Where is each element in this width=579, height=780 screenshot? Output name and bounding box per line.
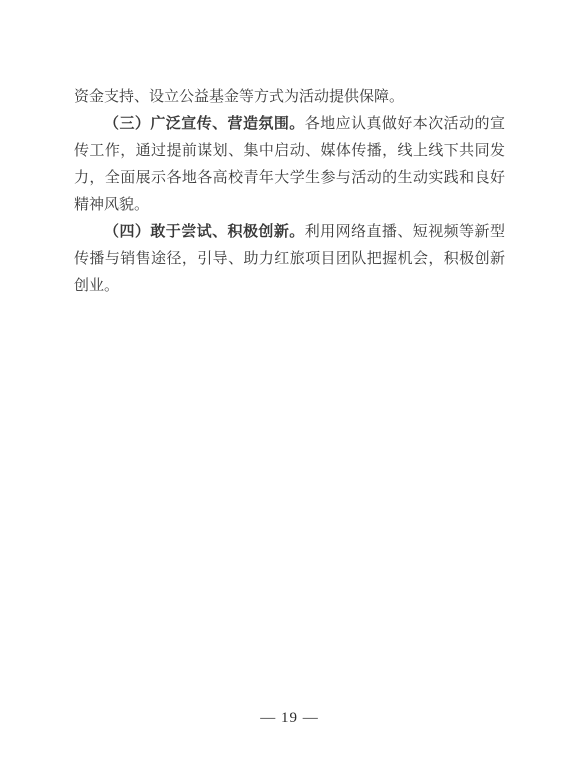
document-body: 资金支持、设立公益基金等方式为活动提供保障。（三）广泛宣传、营造氛围。各地应认真…: [74, 84, 505, 300]
body-segment: 力，全面展示各地各高校青年大学生参与活动的生动实践和良好: [74, 170, 505, 186]
body-segment: 资金支持、设立公益基金等方式为活动提供保障。: [74, 89, 404, 105]
text-line: 精神风貌。: [74, 192, 505, 219]
text-line: 传播与销售途径，引导、助力红旅项目团队把握机会，积极创新: [74, 246, 505, 273]
page-number: — 19 —: [260, 710, 319, 726]
body-segment: 传工作，通过提前谋划、集中启动、媒体传播，线上线下共同发: [74, 143, 505, 159]
text-line: 传工作，通过提前谋划、集中启动、媒体传播，线上线下共同发: [74, 138, 505, 165]
body-segment: 传播与销售途径，引导、助力红旅项目团队把握机会，积极创新: [74, 251, 505, 267]
page-footer: — 19 —: [0, 710, 579, 727]
body-segment: 利用网络直播、短视频等新型: [305, 224, 505, 240]
text-line: （四）敢于尝试、积极创新。利用网络直播、短视频等新型: [74, 219, 505, 246]
text-lines: 资金支持、设立公益基金等方式为活动提供保障。（三）广泛宣传、营造氛围。各地应认真…: [74, 84, 505, 300]
heading-segment: （三）广泛宣传、营造氛围。: [104, 116, 305, 132]
body-segment: 创业。: [74, 278, 119, 294]
document-page: 资金支持、设立公益基金等方式为活动提供保障。（三）广泛宣传、营造氛围。各地应认真…: [0, 0, 579, 780]
body-segment: 精神风貌。: [74, 197, 149, 213]
body-segment: 各地应认真做好本次活动的宣: [305, 116, 505, 132]
text-line: 资金支持、设立公益基金等方式为活动提供保障。: [74, 84, 505, 111]
text-line: 力，全面展示各地各高校青年大学生参与活动的生动实践和良好: [74, 165, 505, 192]
text-line: 创业。: [74, 273, 505, 300]
heading-segment: （四）敢于尝试、积极创新。: [104, 224, 305, 240]
text-line: （三）广泛宣传、营造氛围。各地应认真做好本次活动的宣: [74, 111, 505, 138]
